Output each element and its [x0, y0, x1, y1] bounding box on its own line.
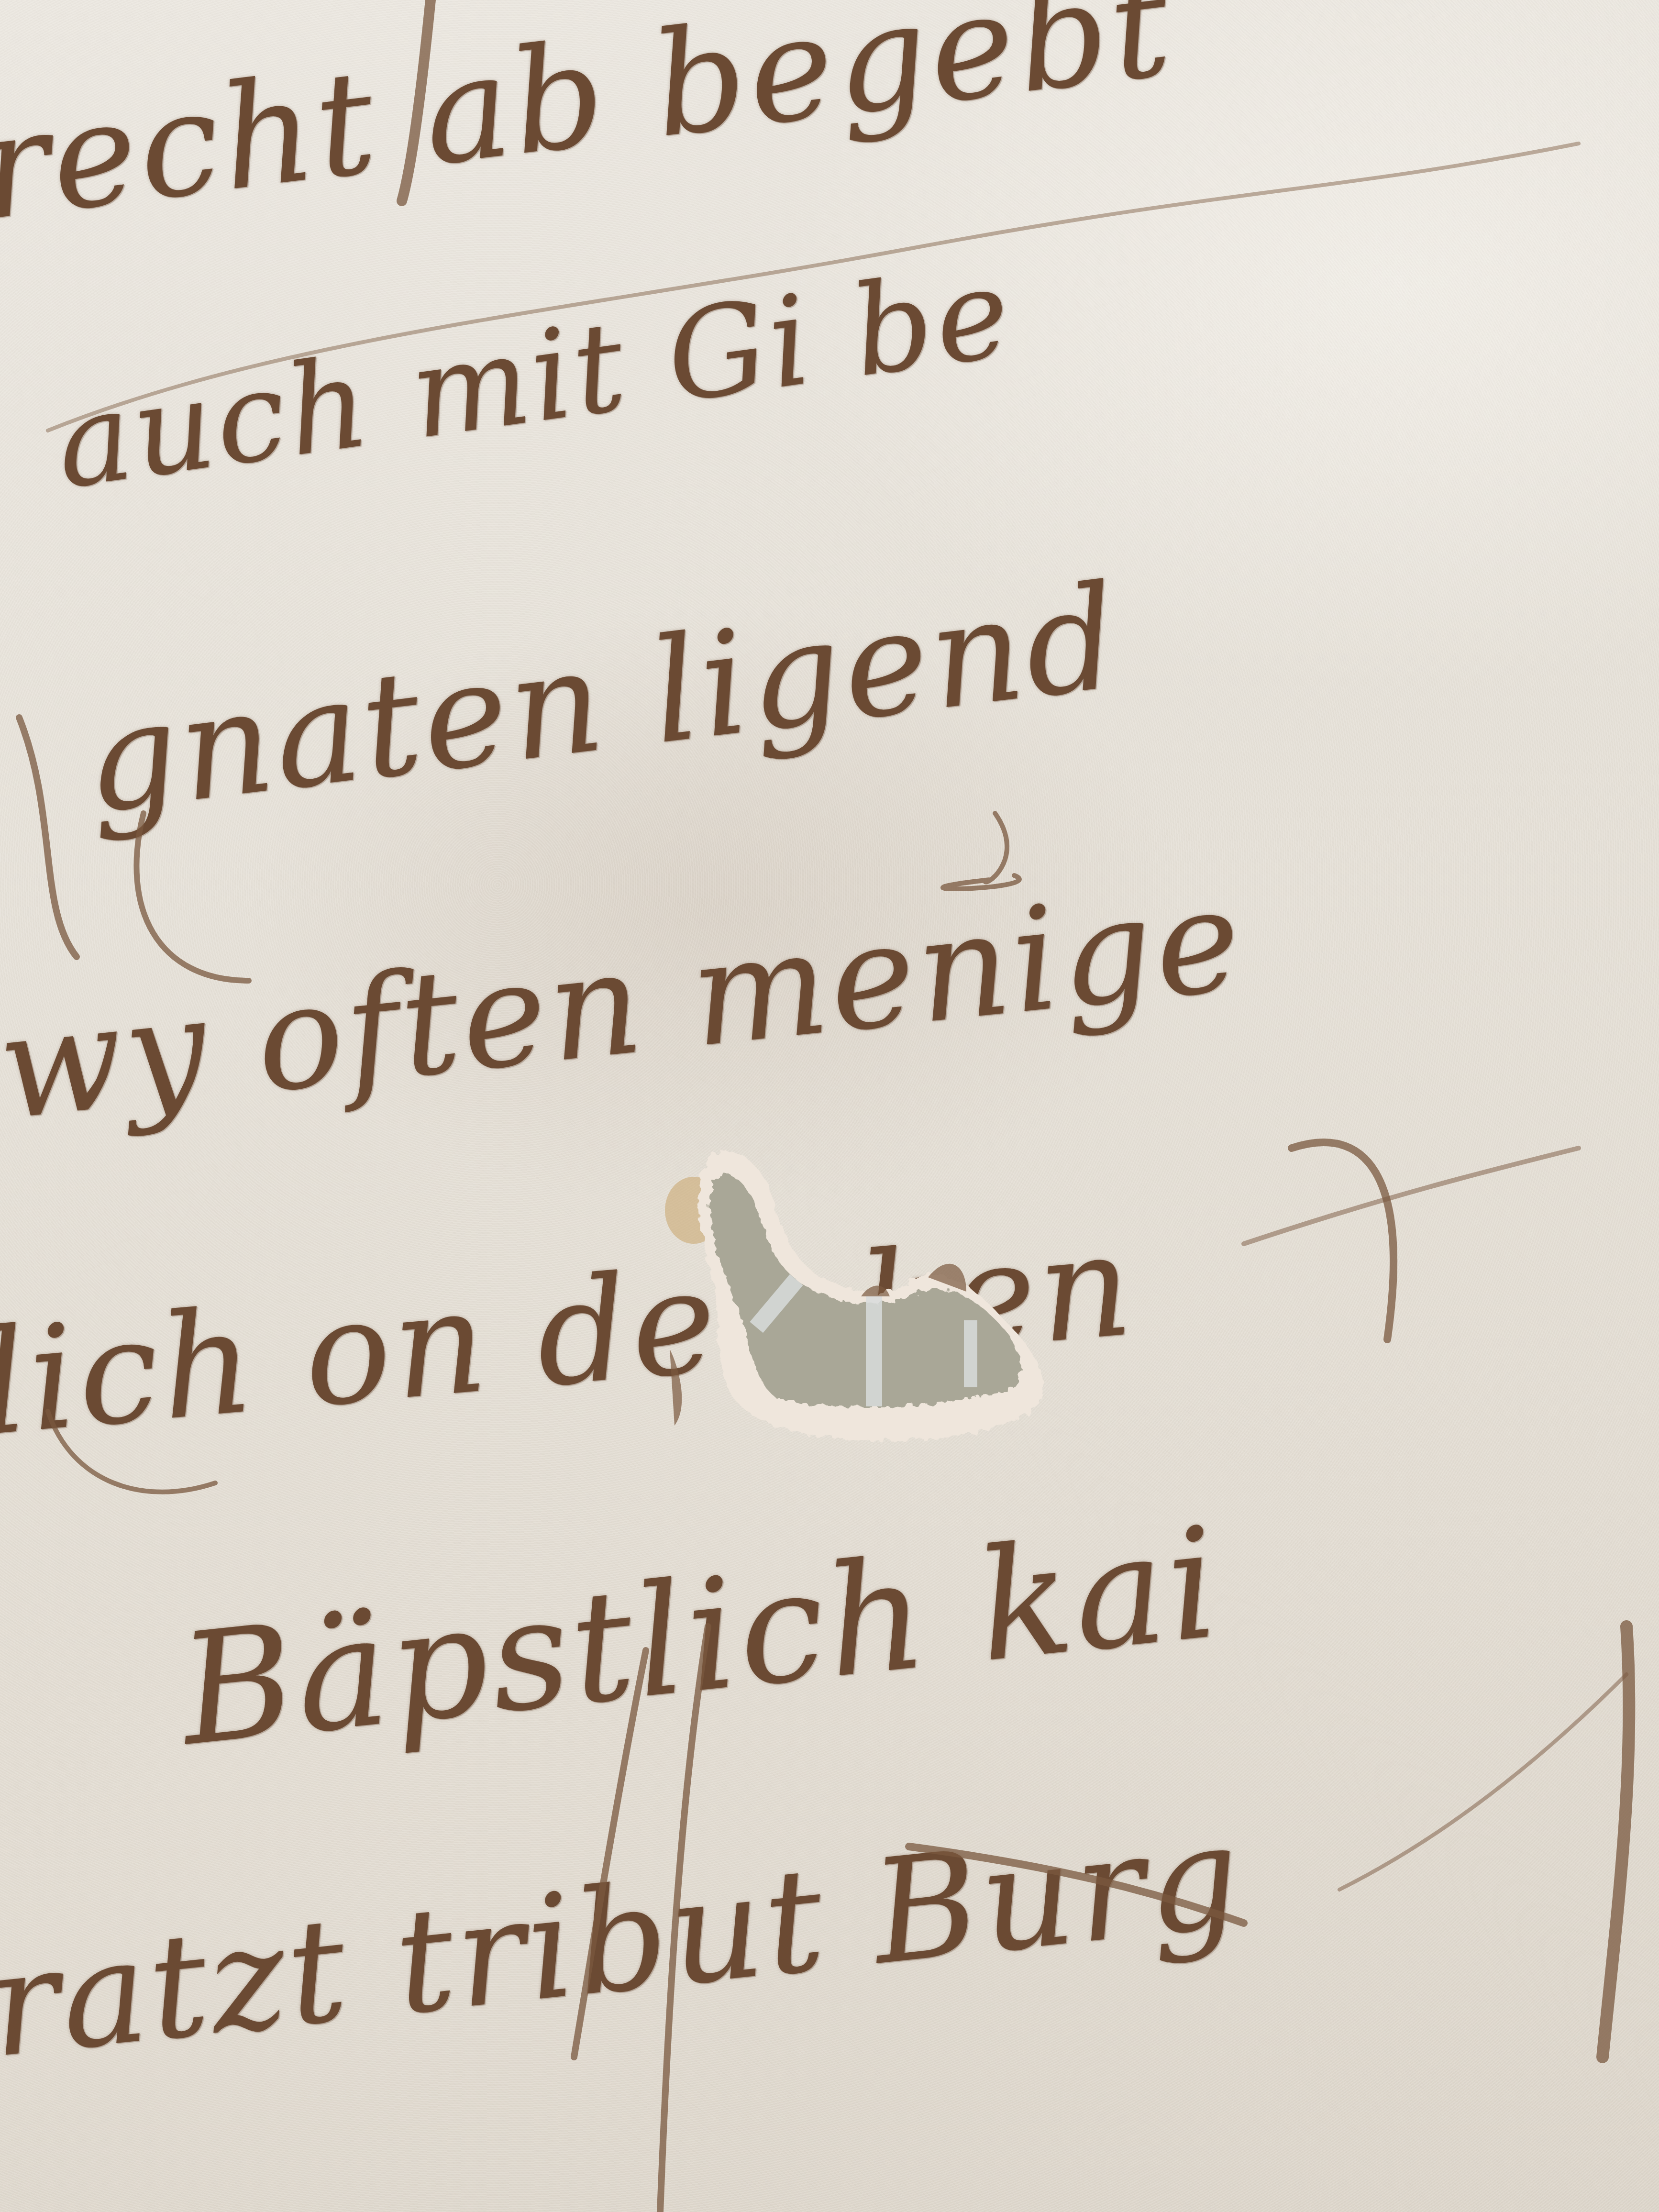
manuscript-line-7: ratzt tribut Burg	[0, 1792, 1250, 2090]
manuscript-line-3: gnaten ligend	[76, 553, 1129, 846]
torn-hole	[660, 1139, 1072, 1445]
manuscript-line-4: wy often menige	[0, 855, 1251, 1152]
manuscript-line-1: recht ab begebt	[0, 0, 1181, 253]
manuscript-line-6: Bäpstlich kai	[173, 1494, 1228, 1780]
manuscript-photo: recht ab begebt auch mit Gi be gnaten li…	[0, 0, 1659, 2212]
manuscript-line-2: auch mit Gi be	[47, 240, 1021, 517]
